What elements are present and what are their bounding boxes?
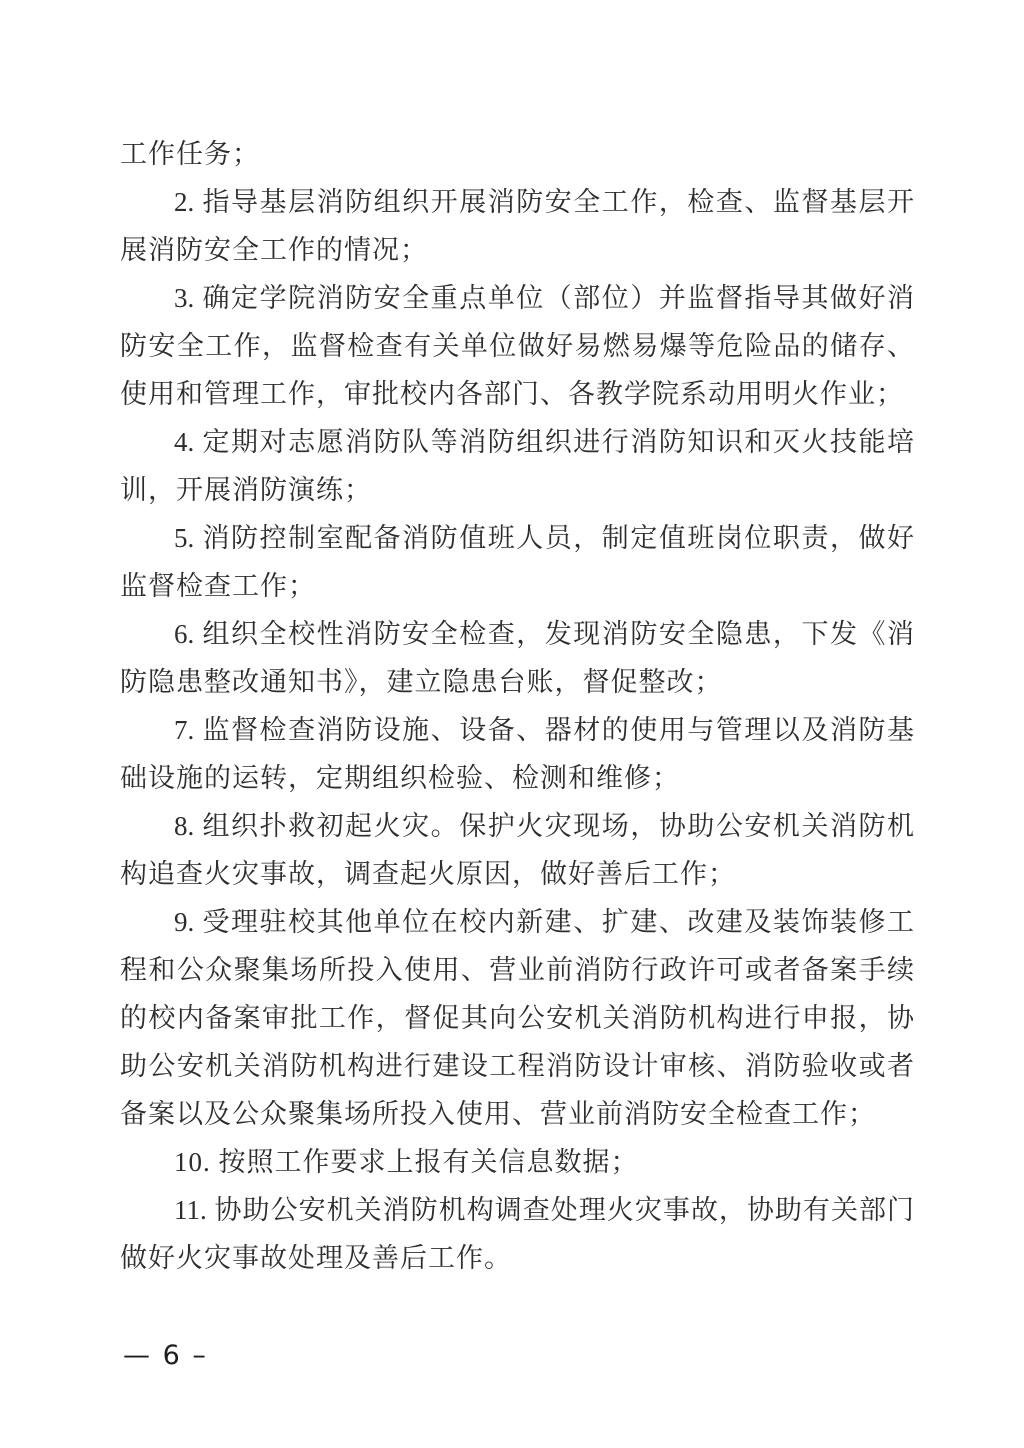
text-line: 程和公众聚集场所投入使用、营业前消防行政许可或者备案手续 [120,946,914,994]
text-line: 做好火灾事故处理及善后工作。 [120,1234,914,1282]
text-line: 防安全工作，监督检查有关单位做好易燃易爆等危险品的储存、 [120,322,914,370]
document-body: 工作任务；2. 指导基层消防组织开展消防安全工作，检查、监督基层开展消防安全工作… [120,130,914,1282]
text-line: 构追查火灾事故，调查起火原因，做好善后工作； [120,850,914,898]
text-line: 助公安机关消防机构进行建设工程消防设计审核、消防验收或者 [120,1042,914,1090]
paragraph: 9. 受理驻校其他单位在校内新建、扩建、改建及装饰装修工程和公众聚集场所投入使用… [120,898,914,1138]
text-line: 5. 消防控制室配备消防值班人员，制定值班岗位职责，做好 [120,514,914,562]
page-number: — 6 – [123,1340,208,1372]
text-line: 训，开展消防演练； [120,466,914,514]
text-line: 4. 定期对志愿消防队等消防组织进行消防知识和灭火技能培 [120,418,914,466]
paragraph: 11. 协助公安机关消防机构调查处理火灾事故，协助有关部门做好火灾事故处理及善后… [120,1186,914,1282]
paragraph: 3. 确定学院消防安全重点单位（部位）并监督指导其做好消防安全工作，监督检查有关… [120,274,914,418]
document-page: 工作任务；2. 指导基层消防组织开展消防安全工作，检查、监督基层开展消防安全工作… [0,0,1024,1448]
text-line: 2. 指导基层消防组织开展消防安全工作，检查、监督基层开 [120,178,914,226]
paragraph: 5. 消防控制室配备消防值班人员，制定值班岗位职责，做好监督检查工作； [120,514,914,610]
paragraph: 7. 监督检查消防设施、设备、器材的使用与管理以及消防基础设施的运转，定期组织检… [120,706,914,802]
paragraph: 6. 组织全校性消防安全检查，发现消防安全隐患，下发《消防隐患整改通知书》，建立… [120,610,914,706]
text-line: 监督检查工作； [120,562,914,610]
text-line: 10. 按照工作要求上报有关信息数据； [120,1138,914,1186]
text-line: 11. 协助公安机关消防机构调查处理火灾事故，协助有关部门 [120,1186,914,1234]
text-line: 9. 受理驻校其他单位在校内新建、扩建、改建及装饰装修工 [120,898,914,946]
text-line: 7. 监督检查消防设施、设备、器材的使用与管理以及消防基 [120,706,914,754]
text-line: 防隐患整改通知书》，建立隐患台账，督促整改； [120,658,914,706]
text-line: 6. 组织全校性消防安全检查，发现消防安全隐患，下发《消 [120,610,914,658]
paragraph: 4. 定期对志愿消防队等消防组织进行消防知识和灭火技能培训，开展消防演练； [120,418,914,514]
text-line: 展消防安全工作的情况； [120,226,914,274]
text-line: 3. 确定学院消防安全重点单位（部位）并监督指导其做好消 [120,274,914,322]
paragraph: 2. 指导基层消防组织开展消防安全工作，检查、监督基层开展消防安全工作的情况； [120,178,914,274]
paragraph: 8. 组织扑救初起火灾。保护火灾现场，协助公安机关消防机构追查火灾事故，调查起火… [120,802,914,898]
text-line: 的校内备案审批工作，督促其向公安机关消防机构进行申报，协 [120,994,914,1042]
text-line: 础设施的运转，定期组织检验、检测和维修； [120,754,914,802]
text-line: 工作任务； [120,130,914,178]
text-line: 8. 组织扑救初起火灾。保护火灾现场，协助公安机关消防机 [120,802,914,850]
paragraph: 10. 按照工作要求上报有关信息数据； [120,1138,914,1186]
text-line: 使用和管理工作，审批校内各部门、各教学院系动用明火作业； [120,370,914,418]
text-line: 备案以及公众聚集场所投入使用、营业前消防安全检查工作； [120,1090,914,1138]
paragraph: 工作任务； [120,130,914,178]
